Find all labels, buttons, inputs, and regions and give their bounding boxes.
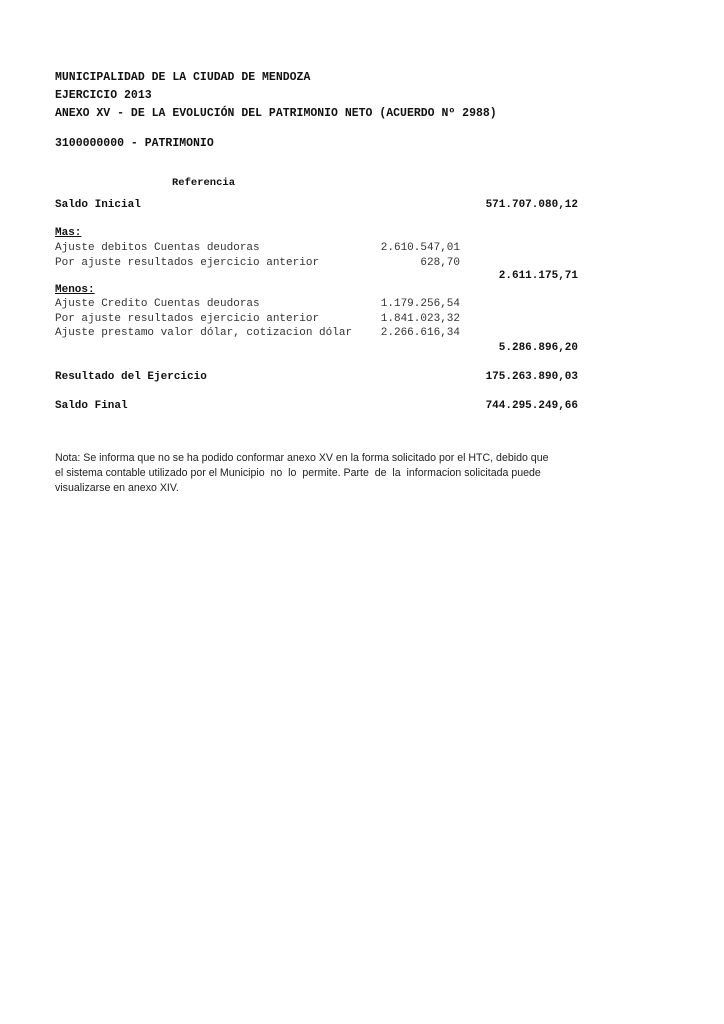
note-line: el sistema contable utilizado por el Mun…	[55, 467, 541, 479]
reference-header: Referencia	[172, 177, 235, 189]
menos-section-label: Menos:	[55, 284, 95, 296]
saldo-final-label: Saldo Final	[55, 400, 128, 412]
saldo-inicial-label: Saldo Inicial	[55, 199, 141, 211]
mas-item-value: 2.610.547,01	[340, 242, 460, 254]
mas-item-label: Por ajuste resultados ejercicio anterior	[55, 257, 319, 269]
saldo-final-total: 744.295.249,66	[430, 400, 578, 412]
resultado-total: 175.263.890,03	[430, 371, 578, 383]
mas-total: 2.611.175,71	[430, 270, 578, 282]
menos-item-value: 1.841.023,32	[340, 313, 460, 325]
menos-item-value: 2.266.616,34	[340, 327, 460, 339]
menos-item-label: Por ajuste resultados ejercicio anterior	[55, 313, 319, 325]
mas-item-label: Ajuste debitos Cuentas deudoras	[55, 242, 260, 254]
mas-item-value: 628,70	[340, 257, 460, 269]
annex-title: ANEXO XV - DE LA EVOLUCIÓN DEL PATRIMONI…	[55, 107, 497, 120]
note-line: visualizarse en anexo XIV.	[55, 482, 179, 494]
menos-item-label: Ajuste prestamo valor dólar, cotizacion …	[55, 327, 352, 339]
menos-item-label: Ajuste Credito Cuentas deudoras	[55, 298, 260, 310]
account-title: 3100000000 - PATRIMONIO	[55, 137, 214, 150]
resultado-label: Resultado del Ejercicio	[55, 371, 207, 383]
institution-title: MUNICIPALIDAD DE LA CIUDAD DE MENDOZA	[55, 71, 310, 84]
saldo-inicial-total: 571.707.080,12	[430, 199, 578, 211]
note-line: Nota: Se informa que no se ha podido con…	[55, 452, 548, 464]
fiscal-year: EJERCICIO 2013	[55, 89, 152, 102]
menos-item-value: 1.179.256,54	[340, 298, 460, 310]
menos-total: 5.286.896,20	[430, 342, 578, 354]
mas-section-label: Mas:	[55, 227, 81, 239]
